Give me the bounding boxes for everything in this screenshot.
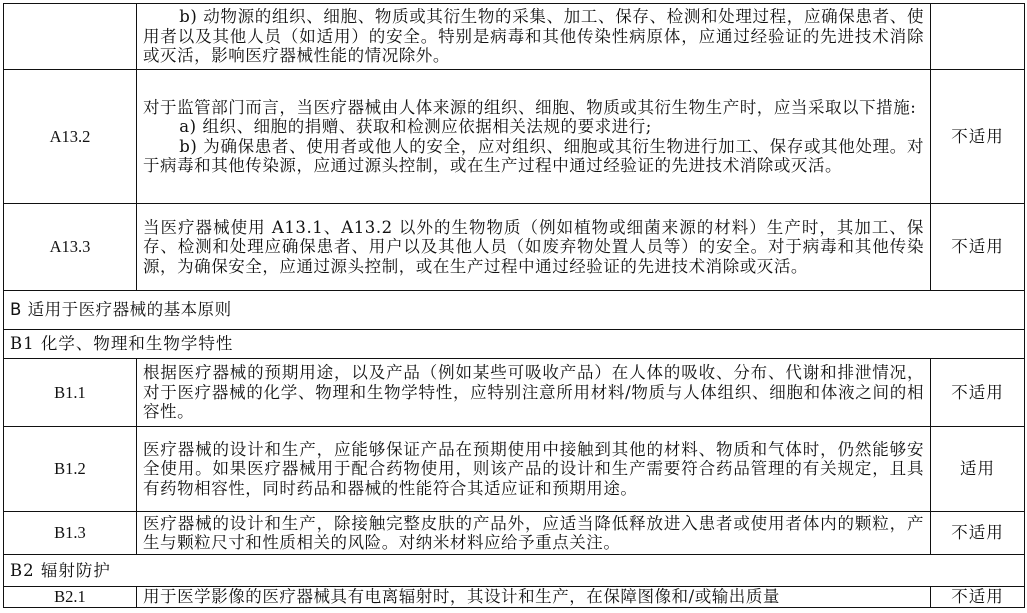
subsection-row: B2 辐射防护 <box>4 555 1025 587</box>
clause-paragraph: 用于医学影像的医疗器械具有电离辐射时，其设计和生产，在保障图像和/或输出质量 <box>143 587 924 606</box>
subsection-heading: B2 辐射防护 <box>4 555 1025 587</box>
table-row: B1.3 医疗器械的设计和生产，除接触完整皮肤的产品外，应适当降低释放进入患者或… <box>4 512 1025 555</box>
section-row: B 适用于医疗器械的基本原则 <box>4 291 1025 330</box>
applicability-status: 不适用 <box>931 587 1025 608</box>
subsection-row: B1 化学、物理和生物学特性 <box>4 330 1025 359</box>
clause-paragraph: 医疗器械的设计和生产，应能够保证产品在预期使用中接触到其他的材料、物质和气体时，… <box>143 440 924 498</box>
clause-paragraph: 当医疗器械使用 A13.1、A13.2 以外的生物物质（例如植物或细菌来源的材料… <box>143 218 924 276</box>
section-heading: B 适用于医疗器械的基本原则 <box>4 291 1025 330</box>
clause-id <box>4 4 137 70</box>
table-row: B1.2 医疗器械的设计和生产，应能够保证产品在预期使用中接触到其他的材料、物质… <box>4 427 1025 512</box>
clause-paragraph: b) 动物源的组织、细胞、物质或其衍生物的采集、加工、保存、检测和处理过程，应确… <box>143 7 924 65</box>
clause-id: A13.3 <box>4 204 137 291</box>
clause-id: B1.2 <box>4 427 137 512</box>
table-row: b) 动物源的组织、细胞、物质或其衍生物的采集、加工、保存、检测和处理过程，应确… <box>4 4 1025 70</box>
table-row: A13.2 对于监管部门而言，当医疗器械由人体来源的组织、细胞、物质或其衍生物生… <box>4 70 1025 204</box>
clause-description: 对于监管部门而言，当医疗器械由人体来源的组织、细胞、物质或其衍生物生产时，应当采… <box>137 70 931 204</box>
clause-description: 当医疗器械使用 A13.1、A13.2 以外的生物物质（例如植物或细菌来源的材料… <box>137 204 931 291</box>
applicability-status: 不适用 <box>931 204 1025 291</box>
clause-description: b) 动物源的组织、细胞、物质或其衍生物的采集、加工、保存、检测和处理过程，应确… <box>137 4 931 70</box>
requirements-table: b) 动物源的组织、细胞、物质或其衍生物的采集、加工、保存、检测和处理过程，应确… <box>3 3 1025 608</box>
clause-paragraph: b) 为确保患者、使用者或他人的安全，应对组织、细胞或其衍生物进行加工、保存或其… <box>143 137 924 176</box>
clause-description: 用于医学影像的医疗器械具有电离辐射时，其设计和生产，在保障图像和/或输出质量 <box>137 587 931 608</box>
clause-description: 医疗器械的设计和生产，应能够保证产品在预期使用中接触到其他的材料、物质和气体时，… <box>137 427 931 512</box>
applicability-status <box>931 4 1025 70</box>
clause-paragraph: 医疗器械的设计和生产，除接触完整皮肤的产品外，应适当降低释放进入患者或使用者体内… <box>143 514 924 553</box>
applicability-status: 适用 <box>931 427 1025 512</box>
applicability-status: 不适用 <box>931 512 1025 555</box>
applicability-status: 不适用 <box>931 70 1025 204</box>
table-row: A13.3 当医疗器械使用 A13.1、A13.2 以外的生物物质（例如植物或细… <box>4 204 1025 291</box>
clause-paragraph: a) 组织、细胞的捐赠、获取和检测应依据相关法规的要求进行; <box>143 117 924 136</box>
clause-paragraph: 根据医疗器械的预期用途，以及产品（例如某些可吸收产品）在人体的吸收、分布、代谢和… <box>143 363 924 421</box>
clause-id: B2.1 <box>4 587 137 608</box>
clause-id: A13.2 <box>4 70 137 204</box>
clause-description: 医疗器械的设计和生产，除接触完整皮肤的产品外，应适当降低释放进入患者或使用者体内… <box>137 512 931 555</box>
clause-id: B1.3 <box>4 512 137 555</box>
clause-paragraph: 对于监管部门而言，当医疗器械由人体来源的组织、细胞、物质或其衍生物生产时，应当采… <box>143 98 924 117</box>
applicability-status: 不适用 <box>931 359 1025 427</box>
subsection-heading: B1 化学、物理和生物学特性 <box>4 330 1025 359</box>
table-row: B1.1 根据医疗器械的预期用途，以及产品（例如某些可吸收产品）在人体的吸收、分… <box>4 359 1025 427</box>
clause-description: 根据医疗器械的预期用途，以及产品（例如某些可吸收产品）在人体的吸收、分布、代谢和… <box>137 359 931 427</box>
clause-id: B1.1 <box>4 359 137 427</box>
table-row: B2.1 用于医学影像的医疗器械具有电离辐射时，其设计和生产，在保障图像和/或输… <box>4 587 1025 608</box>
